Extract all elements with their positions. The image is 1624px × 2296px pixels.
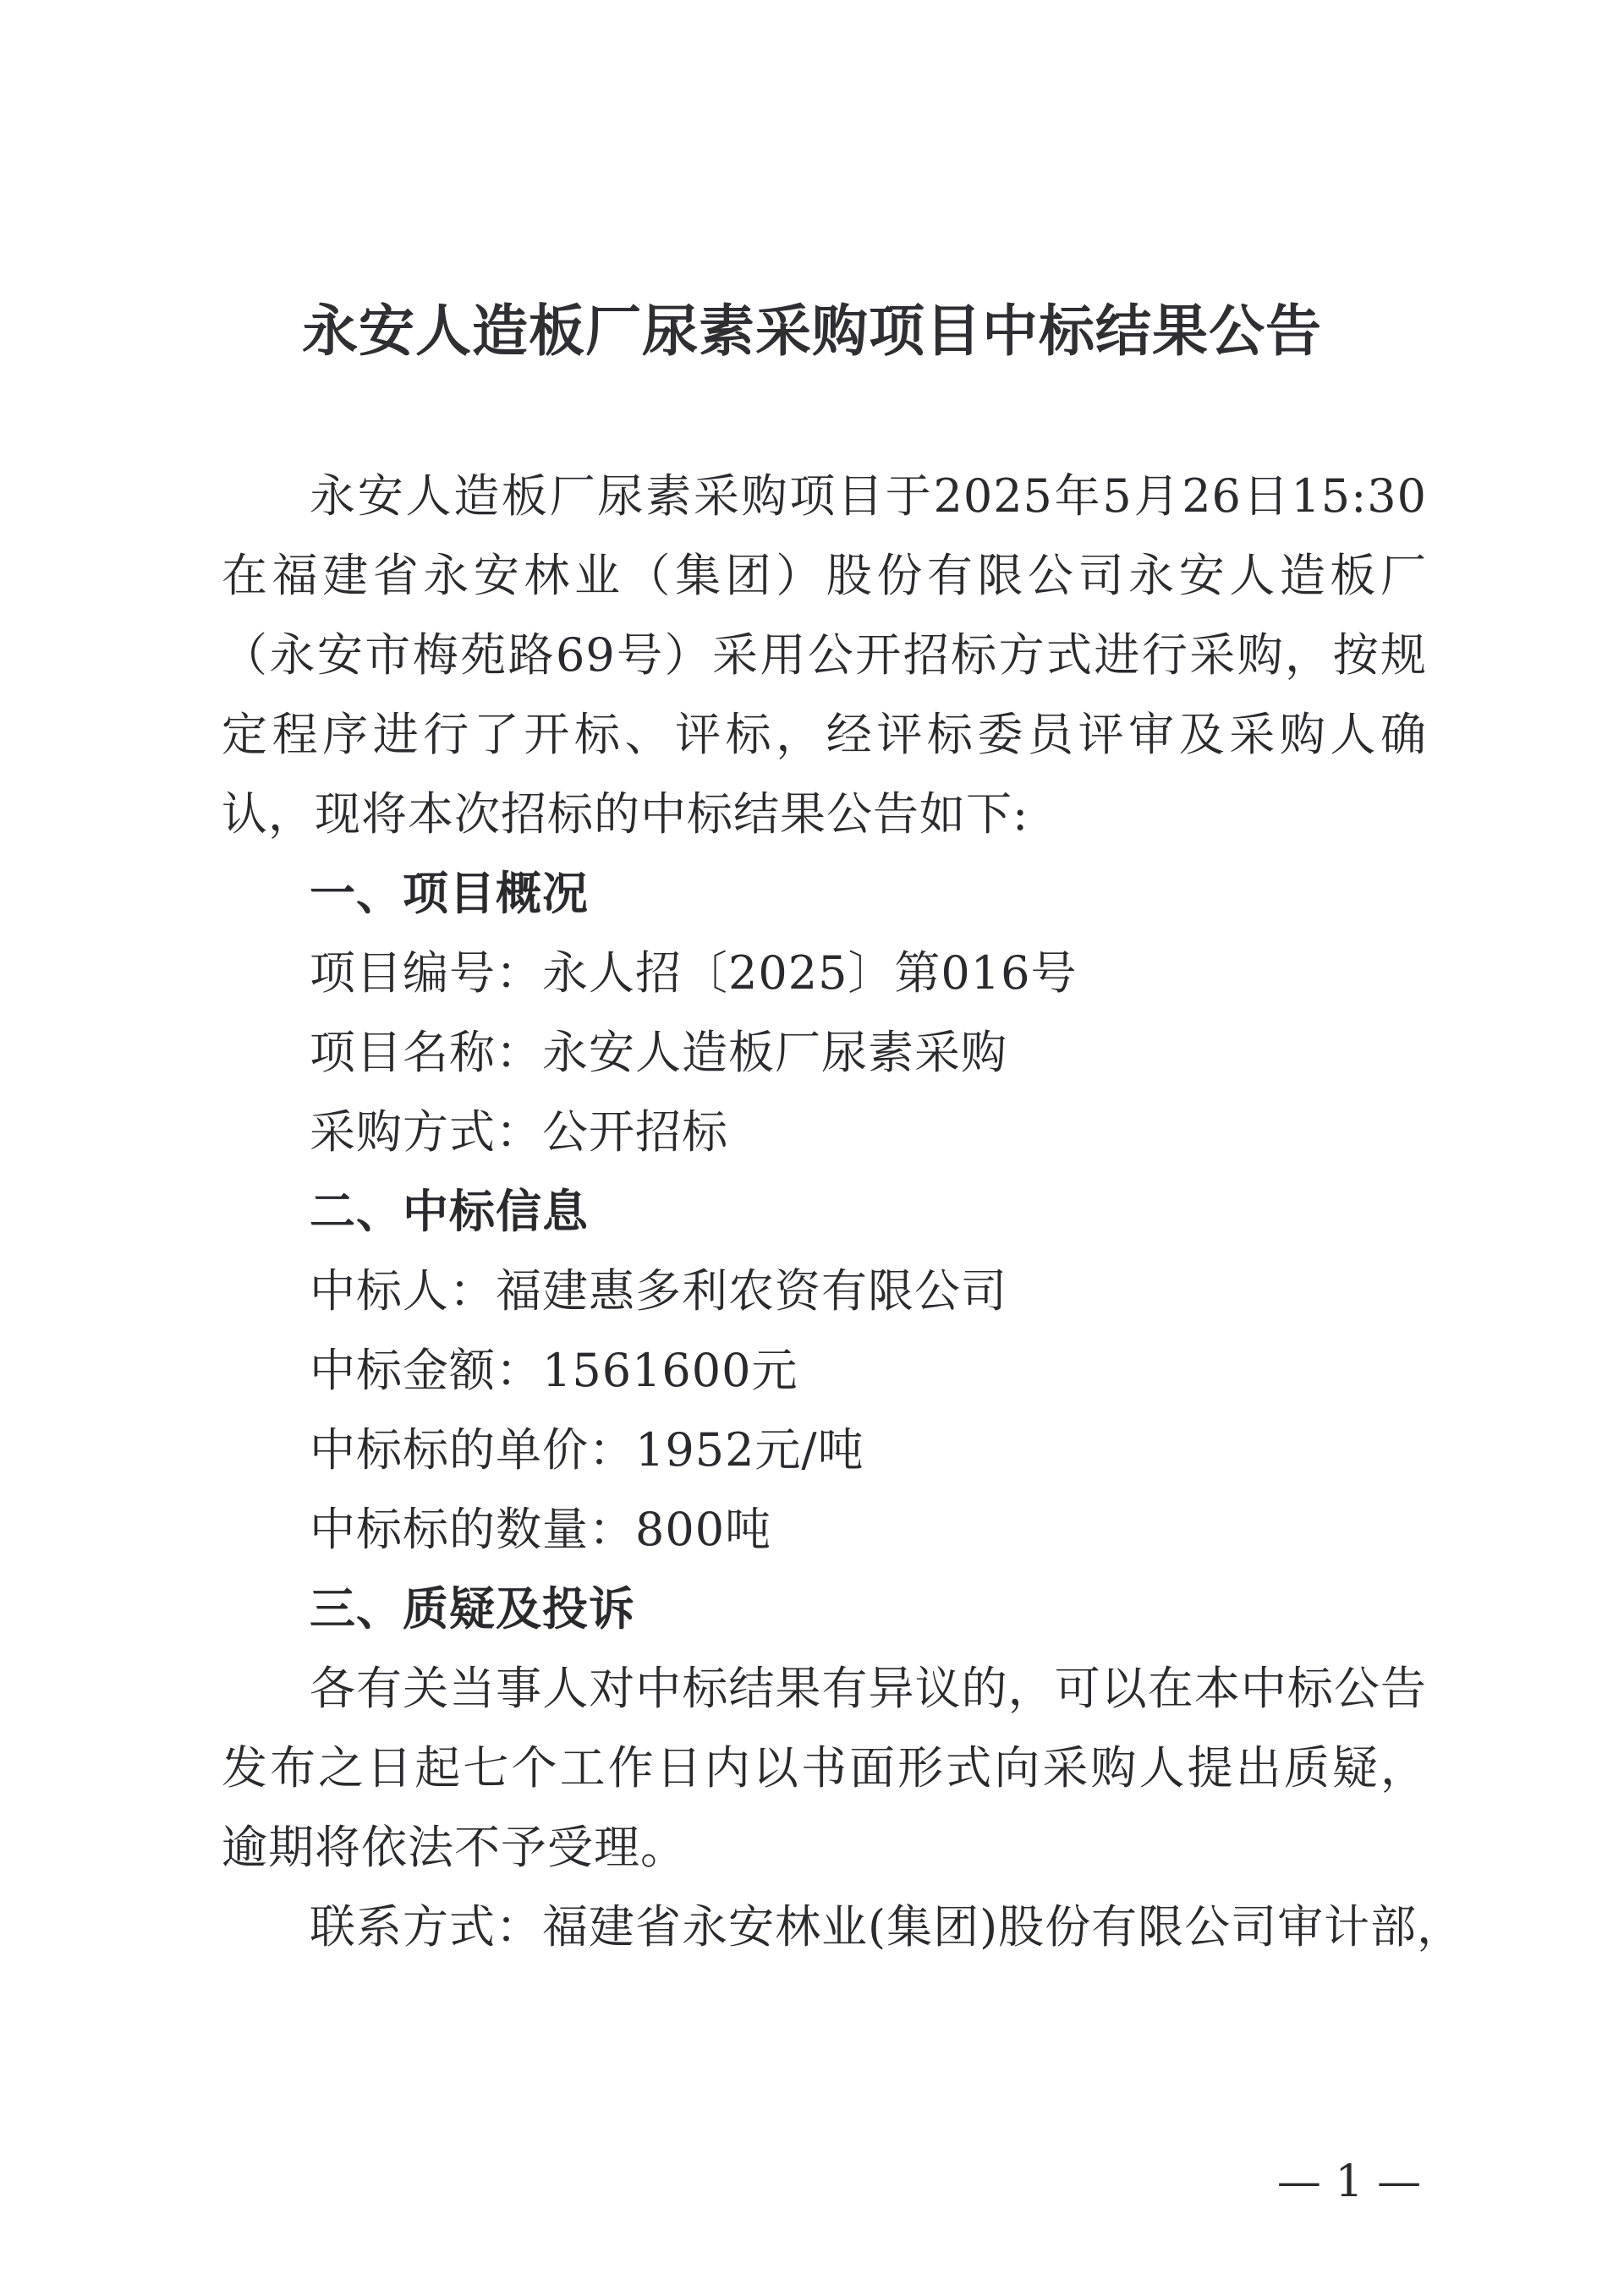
complaints-paragraph: 各有关当事人对中标结果有异议的，可以在本中标公告发布之日起七个工作日内以书面形式…: [222, 1649, 1427, 1888]
section-heading-complaints: 三、质疑及投诉: [222, 1570, 1427, 1649]
project-number: 项目编号：永人招〔2025〕第016号: [222, 934, 1427, 1013]
procurement-method: 采购方式：公开招标: [222, 1093, 1427, 1172]
award-amount: 中标金额：1561600元: [222, 1331, 1427, 1411]
document-title: 永安人造板厂尿素采购项目中标结果公告: [0, 298, 1624, 365]
quantity: 中标标的数量：800吨: [222, 1490, 1427, 1570]
contact-info: 联系方式：福建省永安林业(集团)股份有限公司审计部，: [222, 1888, 1427, 1967]
project-name: 项目名称：永安人造板厂尿素采购: [222, 1013, 1427, 1093]
intro-paragraph: 永安人造板厂尿素采购项目于2025年5月26日15:30在福建省永安林业（集团）…: [222, 457, 1427, 854]
winning-bidder: 中标人：福建惠多利农资有限公司: [222, 1252, 1427, 1331]
document-body: 永安人造板厂尿素采购项目于2025年5月26日15:30在福建省永安林业（集团）…: [222, 457, 1427, 1967]
document-page: 永安人造板厂尿素采购项目中标结果公告 永安人造板厂尿素采购项目于2025年5月2…: [0, 0, 1624, 2296]
unit-price: 中标标的单价：1952元/吨: [222, 1411, 1427, 1490]
section-heading-overview: 一、项目概况: [222, 854, 1427, 934]
section-heading-award-info: 二、中标信息: [222, 1172, 1427, 1252]
page-number: — 1 —: [1269, 2148, 1429, 2216]
